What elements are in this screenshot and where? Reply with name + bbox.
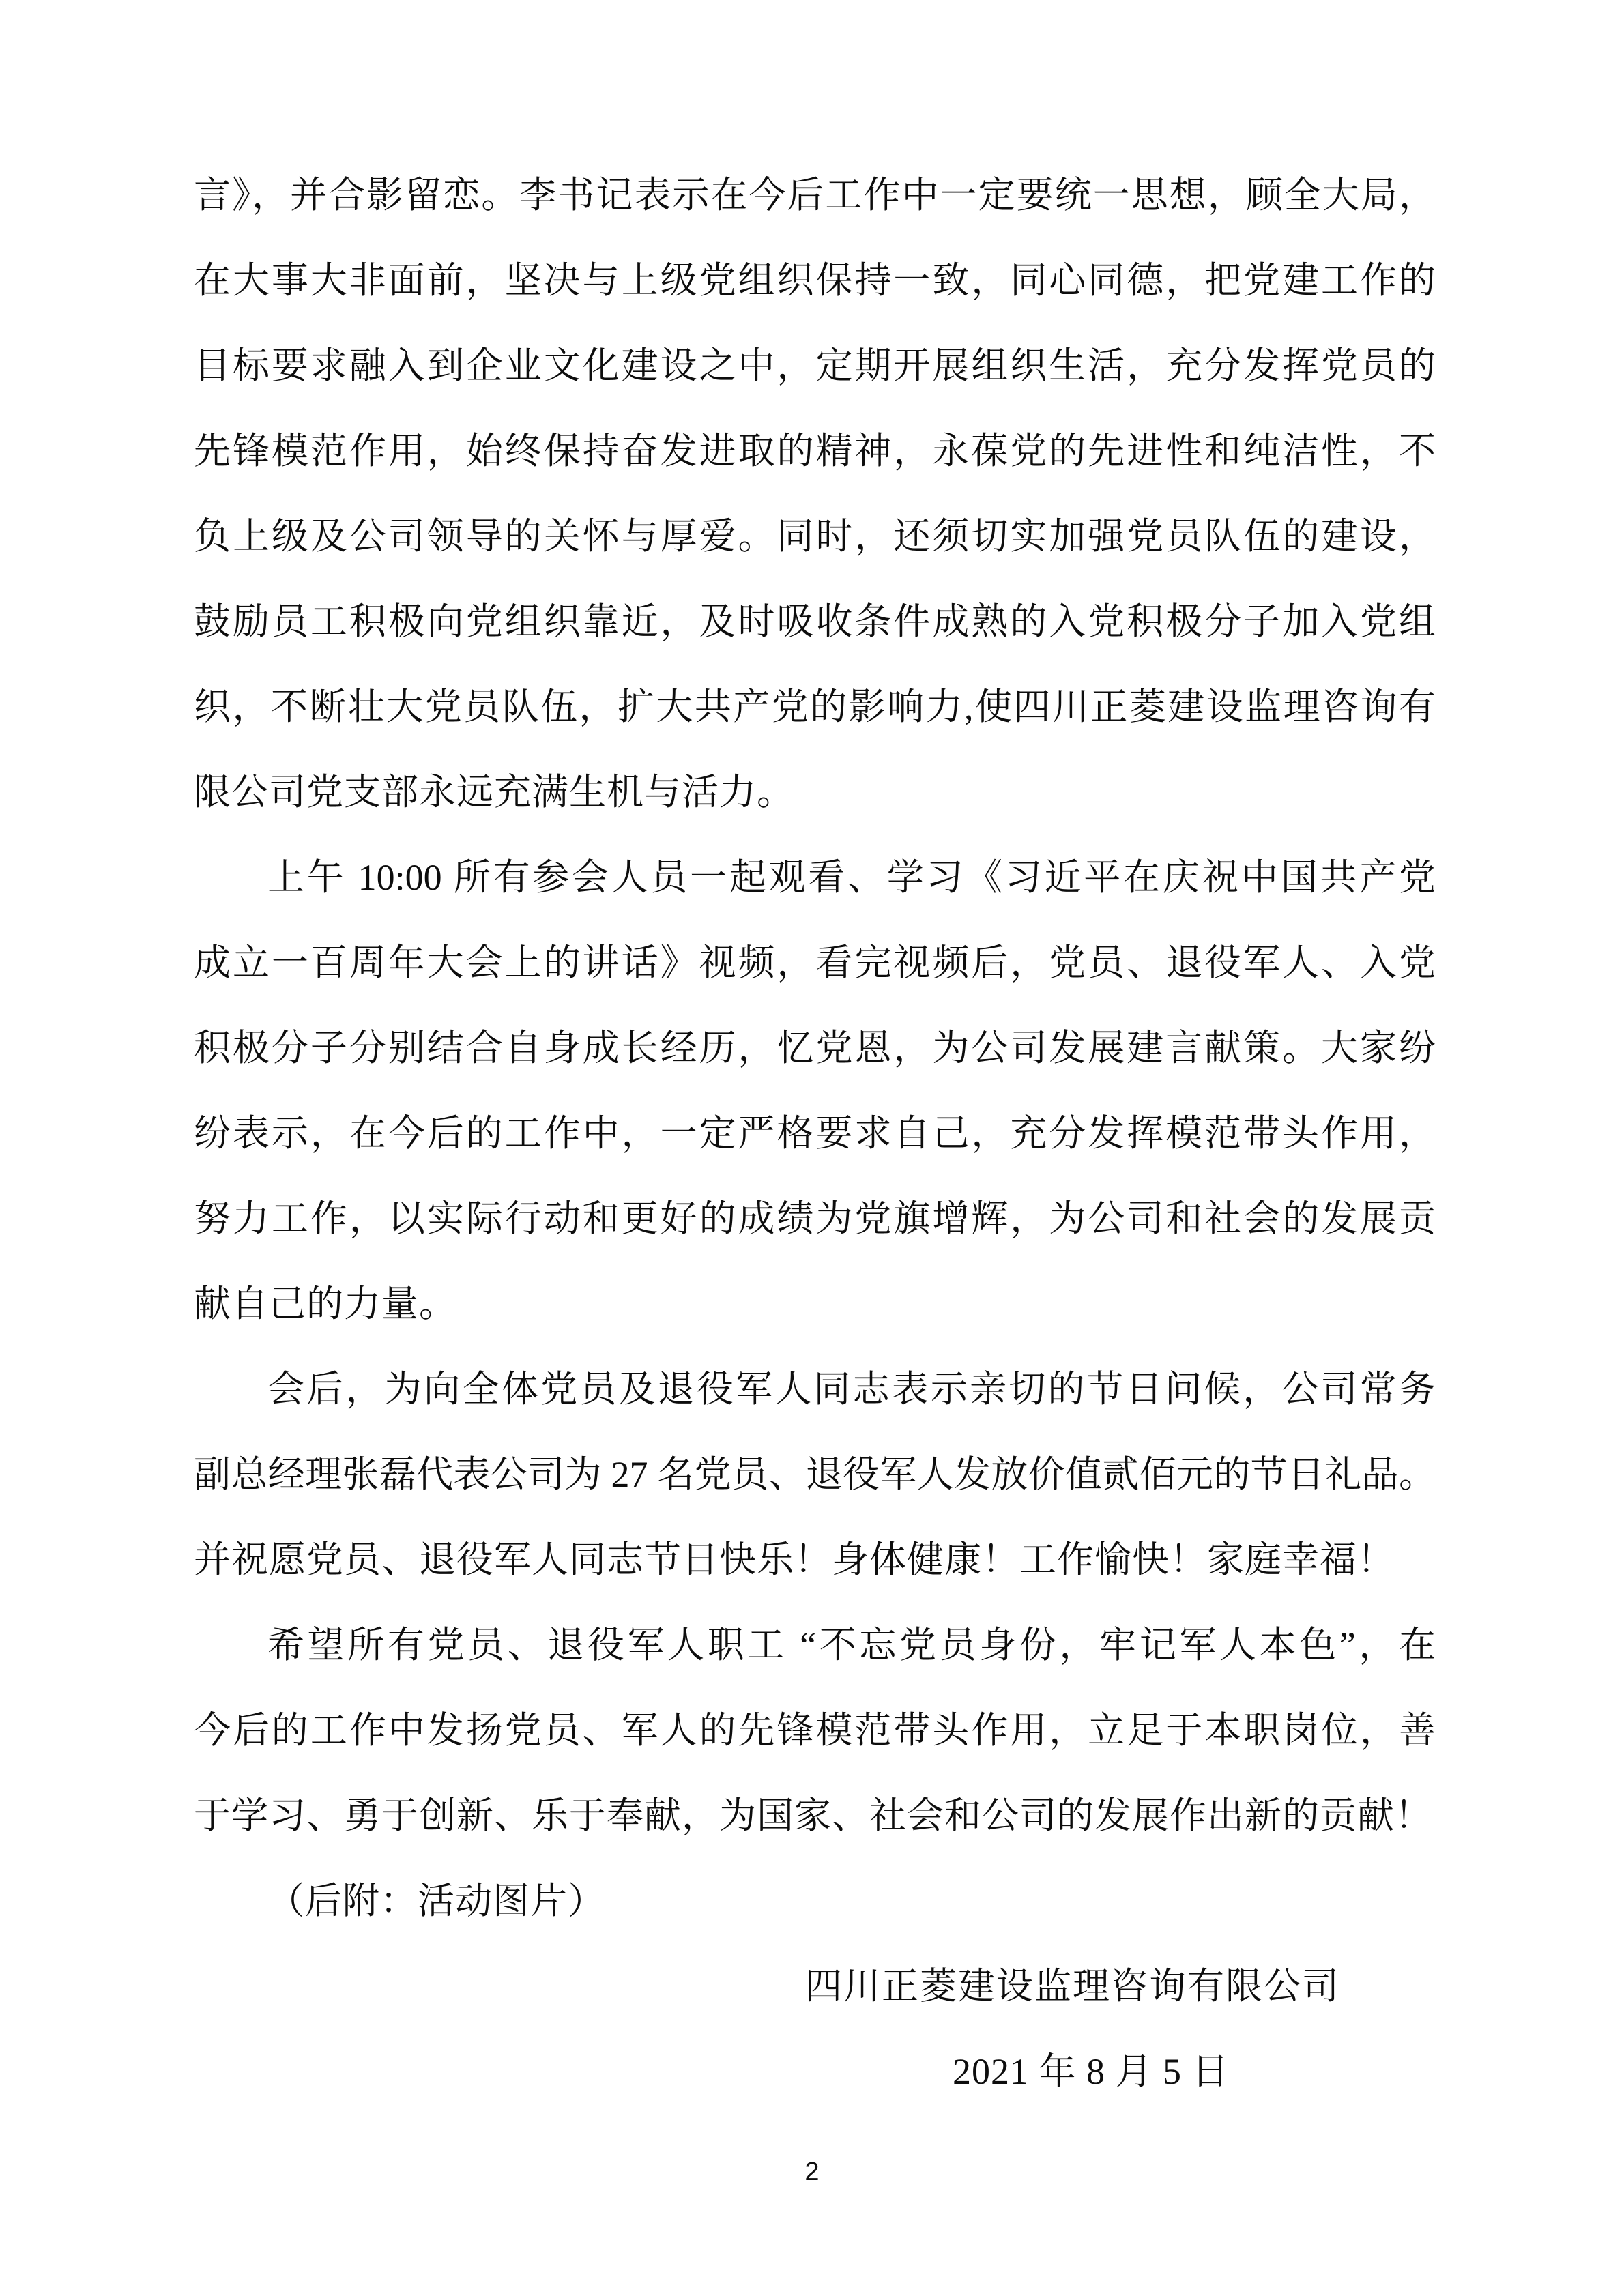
text-line: 积极分子分别结合自身成长经历，忆党恩，为公司发展建言献策。大家纷	[194, 1006, 1436, 1091]
document-body: 言》，并合影留恋。李书记表示在今后工作中一定要统一思想，顾全大局，在大事大非面前…	[194, 153, 1436, 2115]
text-line: 限公司党支部永远充满生机与活力。	[194, 750, 1436, 835]
page-number: 2	[0, 2156, 1624, 2188]
text-line: 鼓励员工积极向党组织靠近，及时吸收条件成熟的入党积极分子加入党组	[194, 579, 1436, 665]
text-line: 今后的工作中发扬党员、军人的先锋模范带头作用，立足于本职岗位，善	[194, 1688, 1436, 1773]
text-line: 成立一百周年大会上的讲话》视频，看完视频后，党员、退役军人、入党	[194, 920, 1436, 1006]
document-page: 言》，并合影留恋。李书记表示在今后工作中一定要统一思想，顾全大局，在大事大非面前…	[0, 0, 1624, 2296]
text-line: 献自己的力量。	[194, 1262, 1436, 1347]
text-line: 努力工作，以实际行动和更好的成绩为党旗增辉，为公司和社会的发展贡	[194, 1176, 1436, 1262]
text-line: 言》，并合影留恋。李书记表示在今后工作中一定要统一思想，顾全大局，	[194, 153, 1436, 238]
text-line: 负上级及公司领导的关怀与厚爱。同时，还须切实加强党员队伍的建设，	[194, 494, 1436, 579]
text-line: （后附：活动图片）	[194, 1859, 1436, 1944]
signature-company: 四川正菱建设监理咨询有限公司	[194, 1944, 1436, 2029]
text-line: 会后，为向全体党员及退役军人同志表示亲切的节日问候，公司常务	[194, 1347, 1436, 1432]
text-line: 于学习、勇于创新、乐于奉献，为国家、社会和公司的发展作出新的贡献！	[194, 1773, 1436, 1859]
text-line: 目标要求融入到企业文化建设之中，定期开展组织生活，充分发挥党员的	[194, 323, 1436, 409]
text-line: 纷表示，在今后的工作中，一定严格要求自己，充分发挥模范带头作用，	[194, 1091, 1436, 1176]
signature-date: 2021 年 8 月 5 日	[194, 2029, 1436, 2115]
text-line: 并祝愿党员、退役军人同志节日快乐！身体健康！工作愉快！家庭幸福！	[194, 1517, 1436, 1603]
text-line: 先锋模范作用，始终保持奋发进取的精神，永葆党的先进性和纯洁性，不	[194, 409, 1436, 494]
text-line: 副总经理张磊代表公司为 27 名党员、退役军人发放价值贰佰元的节日礼品。	[194, 1432, 1436, 1517]
text-line: 织，不断壮大党员队伍，扩大共产党的影响力,使四川正菱建设监理咨询有	[194, 665, 1436, 750]
paragraphs: 言》，并合影留恋。李书记表示在今后工作中一定要统一思想，顾全大局，在大事大非面前…	[194, 153, 1436, 1944]
text-line: 上午 10:00 所有参会人员一起观看、学习《习近平在庆祝中国共产党	[194, 835, 1436, 920]
text-line: 在大事大非面前，坚决与上级党组织保持一致，同心同德，把党建工作的	[194, 238, 1436, 323]
text-line: 希望所有党员、退役军人职工 “不忘党员身份，牢记军人本色”，在	[194, 1603, 1436, 1688]
